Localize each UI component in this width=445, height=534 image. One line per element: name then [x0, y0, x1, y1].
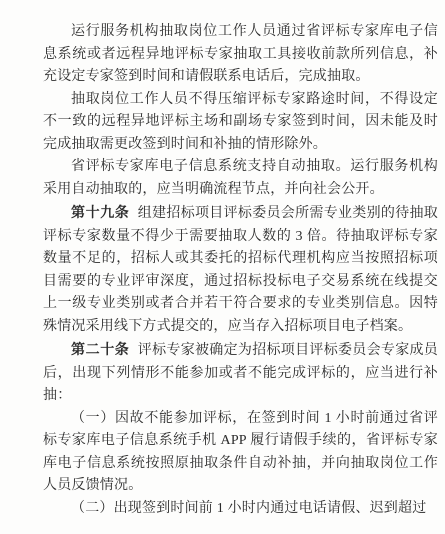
document-page: 运行服务机构抽取岗位工作人员通过省评标专家库电子信息系统或者远程异地评标专家抽取…	[0, 0, 445, 534]
paragraph-signin-time-rules: 抽取岗位工作人员不得压缩评标专家路途时间，不得设定不一致的远程异地评标主场和副场…	[43, 89, 438, 157]
paragraph-article-20: 第二十条评标专家被确定为招标项目评标委员会专家成员后，出现下列情形不能参加或者不…	[43, 338, 438, 408]
paragraph-article-19: 第十九条组建招标项目评标委员会所需专业类别的待抽取评标专家数量不得少于需要抽取人…	[43, 201, 438, 338]
paragraph-item-2: （二）出现签到时间前 1 小时内通过电话请假、迟到超过	[43, 498, 438, 521]
paragraph-auto-drawing: 省评标专家库电子信息系统支持自动抽取。运行服务机构采用自动抽取的，应当明确流程节…	[43, 156, 438, 201]
article-20-number: 第二十条	[71, 341, 129, 357]
paragraph-item-1: （一）因故不能参加评标，在签到时间 1 小时前通过省评标专家库电子信息系统手机 …	[43, 408, 438, 498]
paragraph-drawing-procedure: 运行服务机构抽取岗位工作人员通过省评标专家库电子信息系统或者远程异地评标专家抽取…	[43, 21, 438, 89]
article-19-text: 组建招标项目评标委员会所需专业类别的待抽取评标专家数量不得少于需要抽取人数的 3…	[43, 206, 438, 334]
article-19-number: 第十九条	[71, 204, 129, 220]
